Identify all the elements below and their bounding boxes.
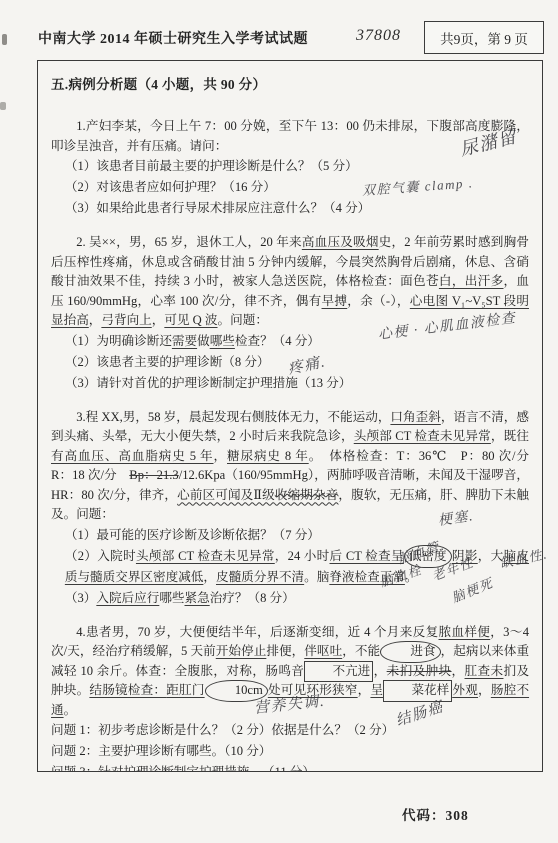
text-segment: 1.产妇李某，今日上午 7：00 分娩，至下午 13：00 仍未排尿，下腹部高度…: [51, 119, 529, 153]
text-segment: ，: [358, 683, 371, 697]
exam-text-line: （2）该患者主要的护理诊断（8 分）: [51, 352, 529, 373]
marked-text-segment: 心前区可闻及Ⅱ级: [177, 488, 275, 502]
marked-text-segment: 收缩期杂音: [275, 488, 339, 502]
text-segment: （3）: [65, 591, 96, 605]
marked-text-segment: 结肠镜检查：: [89, 683, 166, 697]
page-count-box: 共9页，第 9 页: [424, 21, 544, 54]
text-segment: ，: [152, 313, 165, 327]
text-segment: 问题 3：针对护理诊断制定护理措施。 （11 分）: [51, 765, 315, 772]
marked-text-segment: 不亢进: [304, 661, 373, 683]
text-segment: ，余（-），: [347, 294, 410, 308]
text-segment: ，不能: [342, 644, 380, 658]
text-segment: 。: [405, 570, 418, 584]
marked-text-segment: 10cm: [205, 680, 268, 702]
exam-text-line: 3.程 XX,男，58 岁，晨起发现右侧肢体无力，不能运动，口角歪斜，语言不清，…: [51, 408, 529, 525]
marked-text-segment: 皮髓质分界不清: [216, 570, 304, 584]
text-segment: （2）该患者主要的护理诊断（8 分）: [65, 355, 270, 369]
text-segment: 问题 2：主要护理诊断有哪些。（10 分）: [51, 744, 271, 758]
text-segment: ，: [214, 449, 227, 463]
exam-text-line: （1）最可能的医疗诊断及诊断依据？（7 分）: [51, 525, 529, 546]
text-segment: ，大: [478, 549, 504, 563]
exam-text-line: 问题 3：针对护理诊断制定护理措施。 （11 分）: [51, 762, 529, 772]
marked-text-segment: 入院后应行: [96, 591, 159, 605]
text-segment: 问题 1：初步考虑诊断是什么？（2 分）依据是什么？（2 分）: [51, 723, 394, 737]
page-title: 中南大学 2014 年硕士研究生入学考试试题: [38, 28, 308, 48]
marked-text-segment: 进食: [380, 641, 440, 663]
text-segment: ，既往: [491, 429, 529, 443]
exam-text-line: 问题 1：初步考虑诊断是什么？（2 分）依据是什么？（2 分）: [51, 720, 529, 741]
marked-text-segment: 哪些: [210, 334, 235, 348]
marked-text-segment: 肛查未: [465, 664, 504, 678]
text-segment: （3）请针对首优的护理诊断制定护理措施（13 分）: [65, 376, 352, 390]
marked-text-segment: 弓背向上: [101, 313, 151, 327]
scan-edge-artifact: [2, 34, 7, 45]
exam-text-line: 2. 吴××，男，65 岁，退休工人，20 年来高血压及吸烟史，2 年前劳累时感…: [51, 233, 529, 331]
text-segment: （3）如果给此患者行导尿术排尿应注意什么？（4 分）: [65, 201, 370, 215]
marked-text-segment: 外观: [452, 683, 478, 697]
text-segment: 检查？（4 分）: [235, 334, 320, 348]
marked-text-segment: 开始停止: [216, 644, 267, 658]
exam-text-line: （3）请针对首优的护理诊断制定护理措施（13 分）: [51, 373, 529, 394]
text-segment: （1）最可能的医疗诊断及诊断依据？（7 分）: [65, 528, 320, 542]
marked-text-segment: 未扪及肿块: [387, 664, 452, 678]
text-segment: ，: [373, 664, 386, 678]
text-segment: 4.患者男，70 岁，大便便结半年，后逐渐变细，近 4 个月来反复: [76, 625, 438, 639]
exam-text-line: （2）对该患者应如何护理？（16 分）: [51, 177, 529, 198]
marked-text-segment: 阴影: [452, 549, 478, 563]
marked-text-segment: 头颅部 CT 检查未见异常: [354, 429, 491, 443]
marked-text-segment: 低密度: [404, 545, 452, 568]
section-heading: 五.病例分析题（4 小题，共 90 分）: [51, 73, 529, 93]
marked-text-segment: 高血压及吸烟: [302, 235, 379, 249]
questions: 1.产妇李某，今日上午 7：00 分娩，至下午 13：00 仍未排尿，下腹部高度…: [51, 117, 529, 772]
question-block: 2. 吴××，男，65 岁，退休工人，20 年来高血压及吸烟史，2 年前劳累时感…: [51, 233, 529, 394]
text-segment: 排便，: [266, 644, 304, 658]
text-segment: 2. 吴××，男，65 岁，退休工人，20 年来: [76, 235, 302, 249]
marked-text-segment: 后 CT 检查呈: [330, 549, 404, 563]
text-segment: （2）对该患者应如何护理？（16 分）: [65, 180, 276, 194]
marked-text-segment: 头颅部 CT 检查未见异常: [136, 549, 275, 563]
marked-text-segment: 菜花样: [383, 680, 452, 702]
text-segment: （1）为明确诊断还: [65, 334, 172, 348]
text-segment: 。问题：: [218, 313, 268, 327]
marked-text-segment: 距肛门: [166, 683, 204, 697]
exam-text-line: （2）入院时头颅部 CT 检查未见异常，24 小时后 CT 检查呈低密度阴影，大…: [51, 546, 529, 588]
marked-text-segment: 有高血压、高血脂病史 5 年: [51, 449, 214, 463]
text-segment: 。: [64, 703, 77, 717]
exam-text-line: （1）该患者目前最主要的护理诊断是什么？（5 分）: [51, 156, 529, 177]
text-segment: ，: [478, 683, 491, 697]
marked-text-segment: 处可见环形狭窄: [268, 683, 358, 697]
question-block: 1.产妇李某，今日上午 7：00 分娩，至下午 13：00 仍未排尿，下腹部高度…: [51, 117, 529, 219]
marked-text-segment: 可见 Q 波: [164, 313, 217, 327]
marked-text-segment: 伴呕吐: [304, 644, 342, 658]
text-segment: 哪些: [159, 591, 184, 605]
text-segment: ，: [452, 664, 465, 678]
text-segment: 治疗？（8 分）: [210, 591, 295, 605]
exam-text-line: 1.产妇李某，今日上午 7：00 分娩，至下午 13：00 仍未排尿，下腹部高度…: [51, 117, 529, 156]
marked-text-segment: 紧急: [185, 591, 210, 605]
exam-text-line: （3）入院后应行哪些紧急治疗？（8 分）: [51, 588, 529, 609]
marked-text-segment: 脓血样便: [439, 625, 491, 639]
marked-text-segment: 口角歪斜: [390, 410, 440, 424]
text-segment: （1）该患者目前最主要的护理诊断是什么？（5 分）: [65, 159, 358, 173]
marked-text-segment: 呈: [370, 683, 383, 697]
text-segment: （2）入院时: [65, 549, 136, 563]
marked-text-segment: 脊液检查正常: [329, 570, 405, 584]
exam-code-label: 代码：308: [402, 804, 469, 824]
marked-text-segment: 早搏: [322, 294, 348, 308]
text-segment: ，: [89, 313, 102, 327]
marked-text-segment: Bp：21.3: [129, 468, 178, 482]
text-segment: 3.程 XX,男，58 岁，晨起发现右侧肢体无力，不能运动，: [76, 410, 390, 424]
text-segment: 。脑: [304, 570, 329, 584]
exam-number-handwritten: 37808: [356, 27, 401, 45]
marked-text-segment: 白，出汗多: [439, 274, 504, 288]
exam-text-line: 问题 2：主要护理诊断有哪些。（10 分）: [51, 741, 529, 762]
text-segment: ，: [203, 570, 216, 584]
exam-body-box: 五.病例分析题（4 小题，共 90 分） 1.产妇李某，今日上午 7：00 分娩…: [37, 60, 543, 772]
exam-text-line: （1）为明确诊断还需要做哪些检查？（4 分）: [51, 331, 529, 352]
marked-text-segment: 糖尿病史 8 年: [227, 449, 309, 463]
exam-text-line: 4.患者男，70 岁，大便便结半年，后逐渐变细，近 4 个月来反复脓血样便，3～…: [51, 623, 529, 721]
marked-text-segment: 需要: [172, 334, 197, 348]
question-block: 4.患者男，70 岁，大便便结半年，后逐渐变细，近 4 个月来反复脓血样便，3～…: [51, 623, 529, 773]
text-segment: ，24 小时: [275, 549, 330, 563]
question-block: 3.程 XX,男，58 岁，晨起发现右侧肢体无力，不能运动，口角歪斜，语言不清，…: [51, 408, 529, 609]
scan-edge-artifact: [0, 102, 6, 110]
exam-text-line: （3）如果给此患者行导尿术排尿应注意什么？（4 分）: [51, 198, 529, 219]
text-segment: 做: [197, 334, 210, 348]
